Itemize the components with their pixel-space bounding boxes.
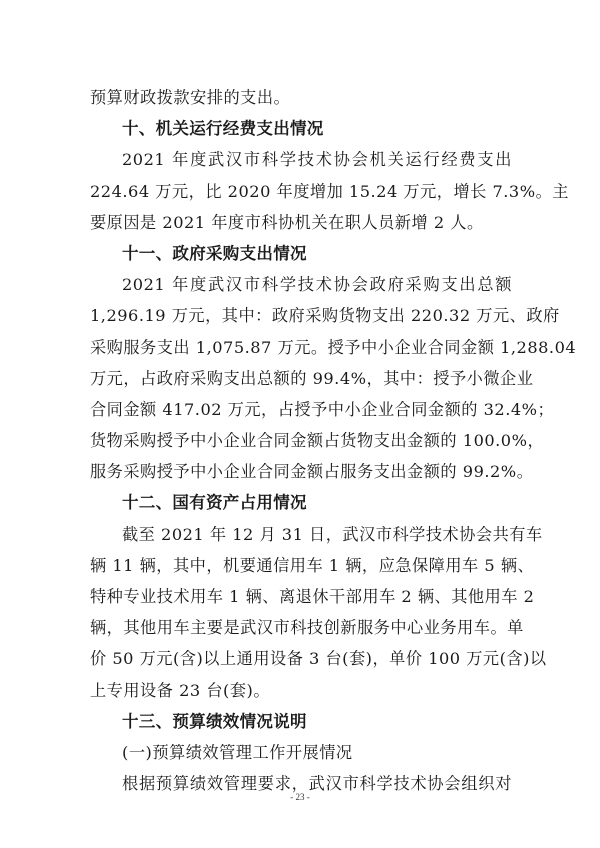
paragraph-line: 224.64 万元，比 2020 年度增加 15.24 万元，增长 7.3%。主 <box>90 176 512 207</box>
paragraph-line: 上专用设备 23 台(套)。 <box>90 675 512 706</box>
section-heading-13: 十三、预算绩效情况说明 <box>90 706 512 737</box>
paragraph-line: 2021 年度武汉市科学技术协会机关运行经费支出 <box>90 144 512 175</box>
paragraph-line: 万元，占政府采购支出总额的 99.4%，其中：授予小微企业 <box>90 363 512 394</box>
subsection-heading: (一)预算绩效管理工作开展情况 <box>90 737 512 768</box>
paragraph-line: 采购服务支出 1,075.87 万元。授予中小企业合同金额 1,288.04 <box>90 332 512 363</box>
paragraph-line: 辆 11 辆，其中，机要通信用车 1 辆，应急保障用车 5 辆、 <box>90 550 512 581</box>
paragraph-line: 预算财政拨款安排的支出。 <box>90 82 512 113</box>
document-page: 预算财政拨款安排的支出。 十、机关运行经费支出情况 2021 年度武汉市科学技术… <box>90 82 512 799</box>
paragraph-line: 辆，其他用车主要是武汉市科技创新服务中心业务用车。单 <box>90 612 512 643</box>
paragraph-line: 截至 2021 年 12 月 31 日，武汉市科学技术协会共有车 <box>90 519 512 550</box>
paragraph-line: 1,296.19 万元，其中：政府采购货物支出 220.32 万元、政府 <box>90 300 512 331</box>
paragraph-line: 特种专业技术用车 1 辆、离退休干部用车 2 辆、其他用车 2 <box>90 581 512 612</box>
section-heading-11: 十一、政府采购支出情况 <box>90 238 512 269</box>
page-number: - 23 - <box>0 792 600 802</box>
paragraph-line: 服务采购授予中小企业合同金额占服务支出金额的 99.2%。 <box>90 456 512 487</box>
paragraph-line: 要原因是 2021 年度市科协机关在职人员新增 2 人。 <box>90 207 512 238</box>
paragraph-line: 合同金额 417.02 万元，占授予中小企业合同金额的 32.4%； <box>90 394 512 425</box>
paragraph-line: 货物采购授予中小企业合同金额占货物支出金额的 100.0%， <box>90 425 512 456</box>
section-heading-12: 十二、国有资产占用情况 <box>90 487 512 518</box>
section-heading-10: 十、机关运行经费支出情况 <box>90 113 512 144</box>
paragraph-line: 2021 年度武汉市科学技术协会政府采购支出总额 <box>90 269 512 300</box>
paragraph-line: 价 50 万元(含)以上通用设备 3 台(套)，单价 100 万元(含)以 <box>90 643 512 674</box>
